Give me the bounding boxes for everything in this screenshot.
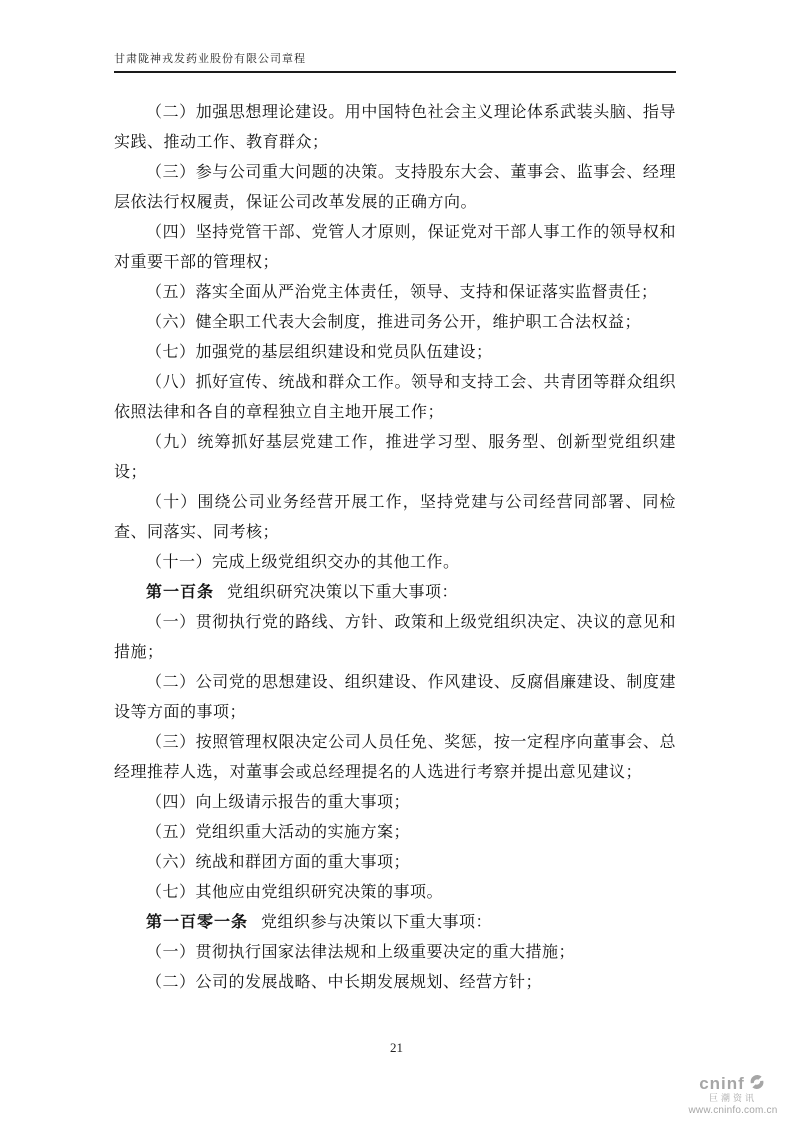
paragraph-text: 党组织参与决策以下重大事项：	[261, 914, 492, 931]
paragraph: （一）贯彻执行党的路线、方针、政策和上级党组织决定、决议的意见和措施；	[114, 608, 676, 668]
page-number: 21	[390, 1040, 403, 1055]
paragraph: （八）抓好宣传、统战和群众工作。领导和支持工会、共青团等群众组织依照法律和各自的…	[114, 368, 676, 428]
paragraph: （六）统战和群团方面的重大事项；	[114, 848, 676, 878]
paragraph: （三）按照管理权限决定公司人员任免、奖惩，按一定程序向董事会、总经理推荐人选，对…	[114, 728, 676, 788]
page-header-title: 甘肃陇神戎发药业股份有限公司章程	[114, 53, 306, 65]
paragraph: （五）落实全面从严治党主体责任，领导、支持和保证落实监督责任；	[114, 278, 676, 308]
paragraph: （四）向上级请示报告的重大事项；	[114, 788, 676, 818]
paragraph: （七）加强党的基层组织建设和党员队伍建设；	[114, 338, 676, 368]
cninfo-brand-row: cninf	[678, 1072, 788, 1092]
cninfo-watermark: cninf 巨潮资讯 www.cninfo.com.cn	[678, 1072, 788, 1116]
article-paragraph: 第一百零一条党组织参与决策以下重大事项：	[114, 908, 676, 938]
cninfo-url: www.cninfo.com.cn	[678, 1106, 788, 1116]
document-body: （二）加强思想理论建设。用中国特色社会主义理论体系武装头脑、指导实践、推动工作、…	[114, 98, 676, 998]
article-paragraph: 第一百条党组织研究决策以下重大事项：	[114, 578, 676, 608]
paragraph: （九）统筹抓好基层党建工作，推进学习型、服务型、创新型党组织建设；	[114, 428, 676, 488]
page-header: 甘肃陇神戎发药业股份有限公司章程	[114, 50, 676, 73]
document-page: 甘肃陇神戎发药业股份有限公司章程 （二）加强思想理论建设。用中国特色社会主义理论…	[0, 0, 793, 1122]
article-number: 第一百零一条	[146, 914, 248, 931]
paragraph: （二）公司党的思想建设、组织建设、作风建设、反腐倡廉建设、制度建设等方面的事项；	[114, 668, 676, 728]
cninfo-swirl-icon	[747, 1072, 767, 1092]
paragraph: （十一）完成上级党组织交办的其他工作。	[114, 548, 676, 578]
paragraph: （一）贯彻执行国家法律法规和上级重要决定的重大措施；	[114, 938, 676, 968]
paragraph: （六）健全职工代表大会制度，推进司务公开，维护职工合法权益；	[114, 308, 676, 338]
paragraph: （二）公司的发展战略、中长期发展规划、经营方针；	[114, 968, 676, 998]
paragraph-text: 党组织研究决策以下重大事项：	[227, 584, 458, 601]
page-footer: 21	[0, 1040, 793, 1056]
paragraph: （三）参与公司重大问题的决策。支持股东大会、董事会、监事会、经理层依法行权履责，…	[114, 158, 676, 218]
cninfo-brand: cninf	[699, 1075, 745, 1092]
paragraph: （二）加强思想理论建设。用中国特色社会主义理论体系武装头脑、指导实践、推动工作、…	[114, 98, 676, 158]
article-number: 第一百条	[146, 584, 214, 601]
paragraph: （七）其他应由党组织研究决策的事项。	[114, 878, 676, 908]
cninfo-chinese-name: 巨潮资讯	[678, 1094, 788, 1103]
paragraph: （五）党组织重大活动的实施方案；	[114, 818, 676, 848]
paragraph: （四）坚持党管干部、党管人才原则，保证党对干部人事工作的领导权和对重要干部的管理…	[114, 218, 676, 278]
paragraph: （十）围绕公司业务经营开展工作，坚持党建与公司经营同部署、同检查、同落实、同考核…	[114, 488, 676, 548]
